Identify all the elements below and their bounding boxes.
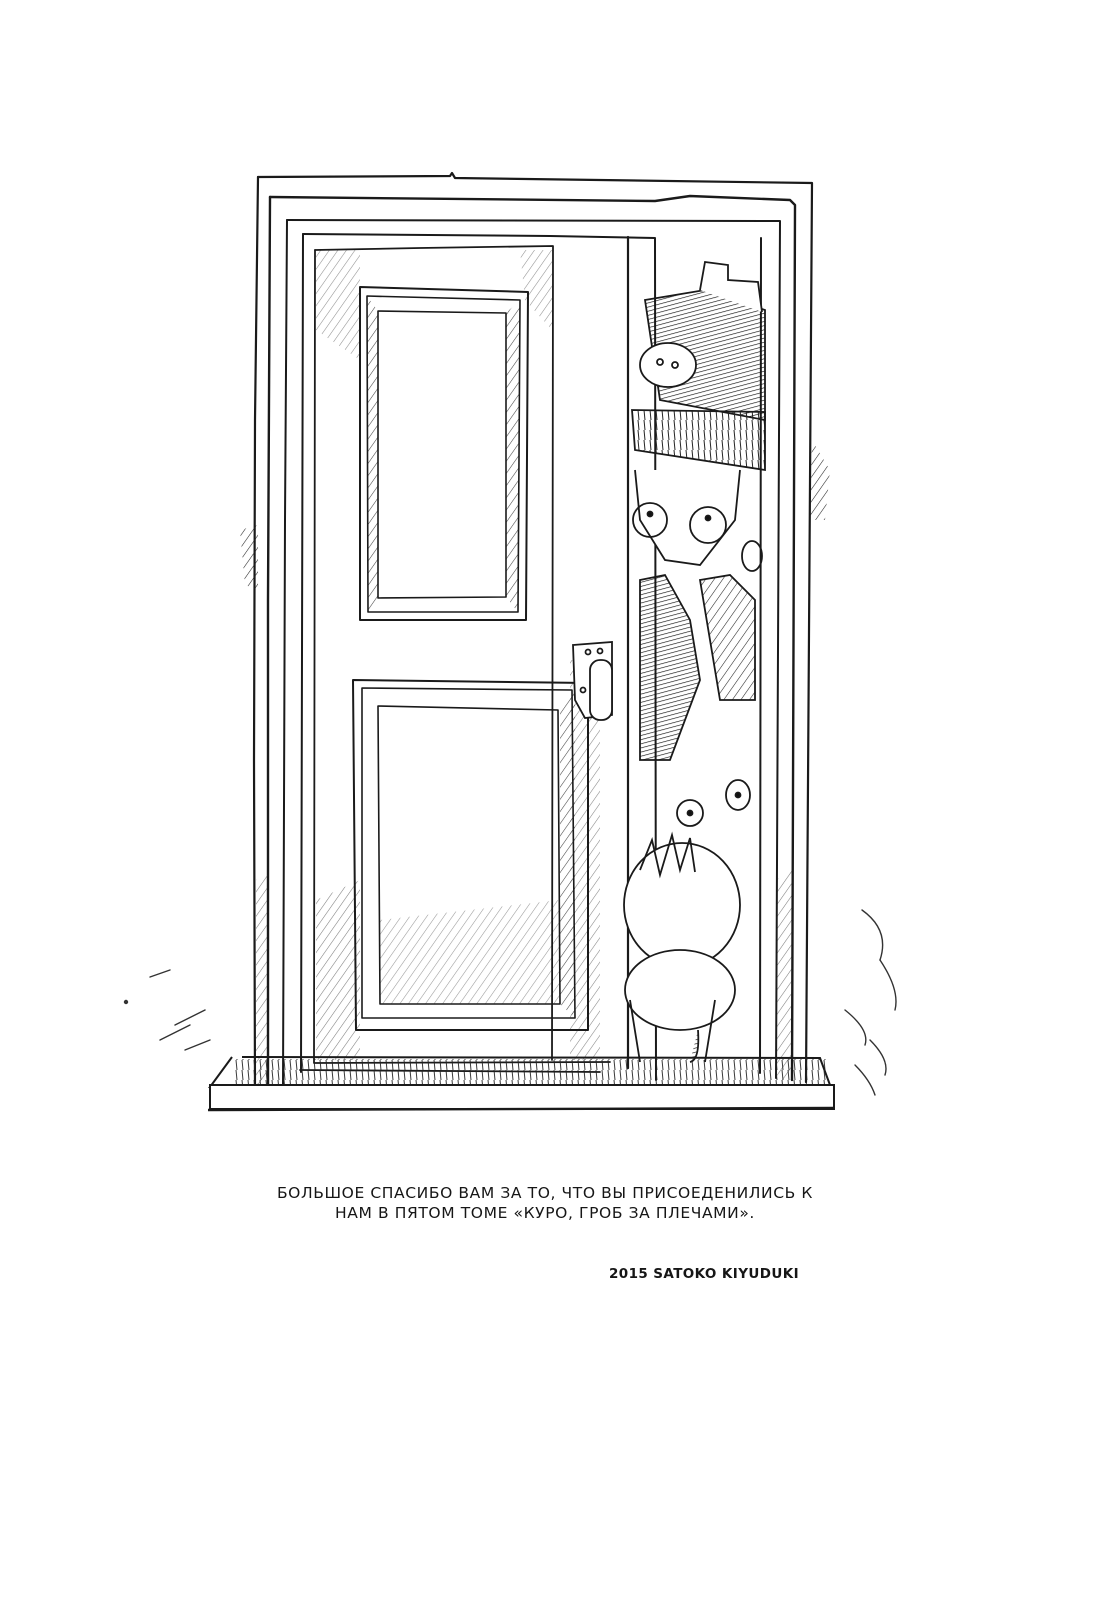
caption-line-1: БОЛЬШОЕ СПАСИБО ВАМ ЗА ТО, ЧТО ВЫ ПРИСОЕ… [250, 1183, 840, 1203]
door-illustration [0, 0, 1116, 1130]
door-sketch-icon [0, 0, 1116, 1130]
author-signature: 2015 SATOKO KIYUDUKI [609, 1266, 799, 1282]
afterword-caption: БОЛЬШОЕ СПАСИБО ВАМ ЗА ТО, ЧТО ВЫ ПРИСОЕ… [250, 1183, 840, 1223]
caption-line-2: НАМ В ПЯТОМ ТОМЕ «КУРО, ГРОБ ЗА ПЛЕЧАМИ»… [250, 1203, 840, 1223]
